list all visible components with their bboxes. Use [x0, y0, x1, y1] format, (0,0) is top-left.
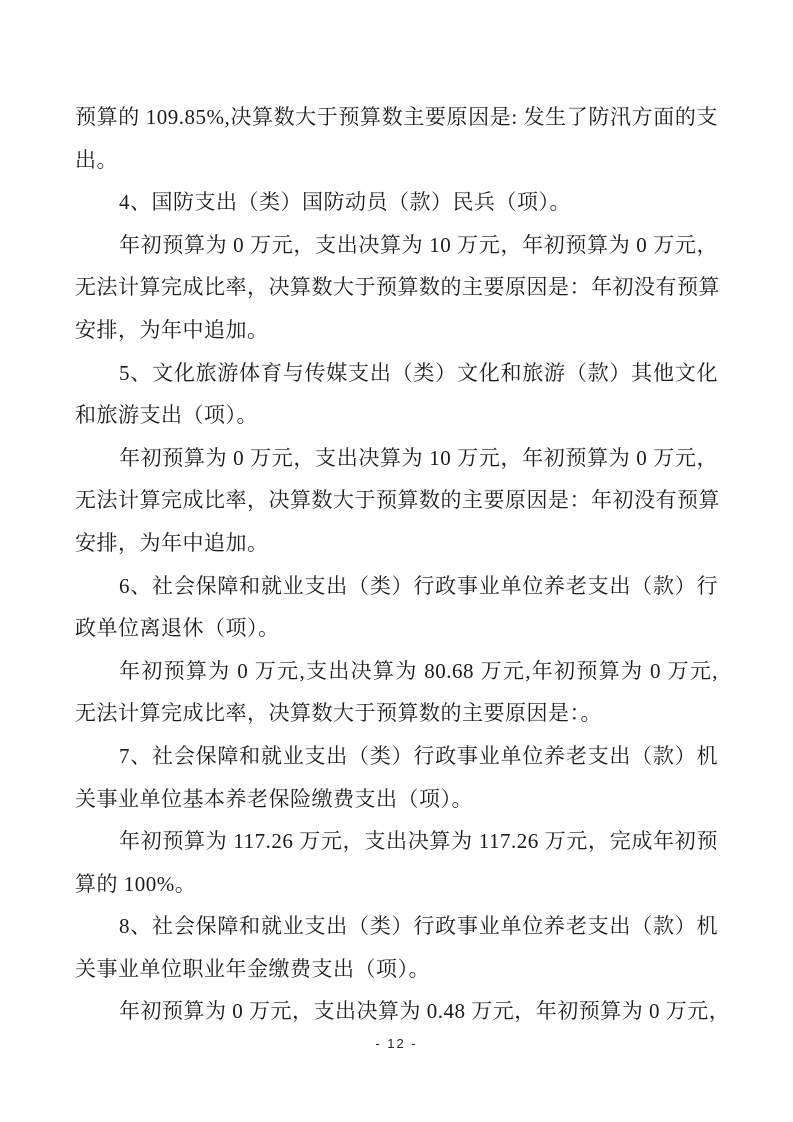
text-line: 无法计算完成比率，决算数大于预算数的主要原因是：。: [75, 692, 718, 735]
text-line: 6、社会保障和就业支出（类）行政事业单位养老支出（款）行: [75, 565, 718, 608]
text-line: 无法计算完成比率，决算数大于预算数的主要原因是：年初没有预算: [75, 479, 718, 522]
text-line: 年初预算为 0 万元,支出决算为 80.68 万元,年初预算为 0 万元,: [75, 650, 718, 693]
text-line: 年初预算为 117.26 万元，支出决算为 117.26 万元，完成年初预: [75, 820, 718, 863]
text-line: 无法计算完成比率，决算数大于预算数的主要原因是：年初没有预算: [75, 266, 718, 309]
text-line: 和旅游支出（项）。: [75, 394, 718, 437]
page-number: - 12 -: [0, 1036, 793, 1051]
text-line: 关事业单位基本养老保险缴费支出（项）。: [75, 778, 718, 821]
text-line: 关事业单位职业年金缴费支出（项）。: [75, 948, 718, 991]
document-page: 预算的 109.85%,决算数大于预算数主要原因是: 发生了防汛方面的支出。4、…: [0, 0, 793, 1122]
document-body: 预算的 109.85%,决算数大于预算数主要原因是: 发生了防汛方面的支出。4、…: [75, 96, 718, 1033]
text-line: 年初预算为 0 万元，支出决算为 10 万元，年初预算为 0 万元，: [75, 224, 718, 267]
text-line: 安排，为年中追加。: [75, 309, 718, 352]
text-line: 出。: [75, 139, 718, 182]
text-line: 5、文化旅游体育与传媒支出（类）文化和旅游（款）其他文化: [75, 352, 718, 395]
text-line: 政单位离退休（项）。: [75, 607, 718, 650]
text-line: 年初预算为 0 万元，支出决算为 0.48 万元，年初预算为 0 万元，: [75, 990, 718, 1033]
text-line: 4、国防支出（类）国防动员（款）民兵（项）。: [75, 181, 718, 224]
text-line: 安排，为年中追加。: [75, 522, 718, 565]
text-line: 预算的 109.85%,决算数大于预算数主要原因是: 发生了防汛方面的支: [75, 96, 718, 139]
text-line: 8、社会保障和就业支出（类）行政事业单位养老支出（款）机: [75, 905, 718, 948]
text-line: 算的 100%。: [75, 863, 718, 906]
text-line: 年初预算为 0 万元，支出决算为 10 万元，年初预算为 0 万元，: [75, 437, 718, 480]
text-line: 7、社会保障和就业支出（类）行政事业单位养老支出（款）机: [75, 735, 718, 778]
